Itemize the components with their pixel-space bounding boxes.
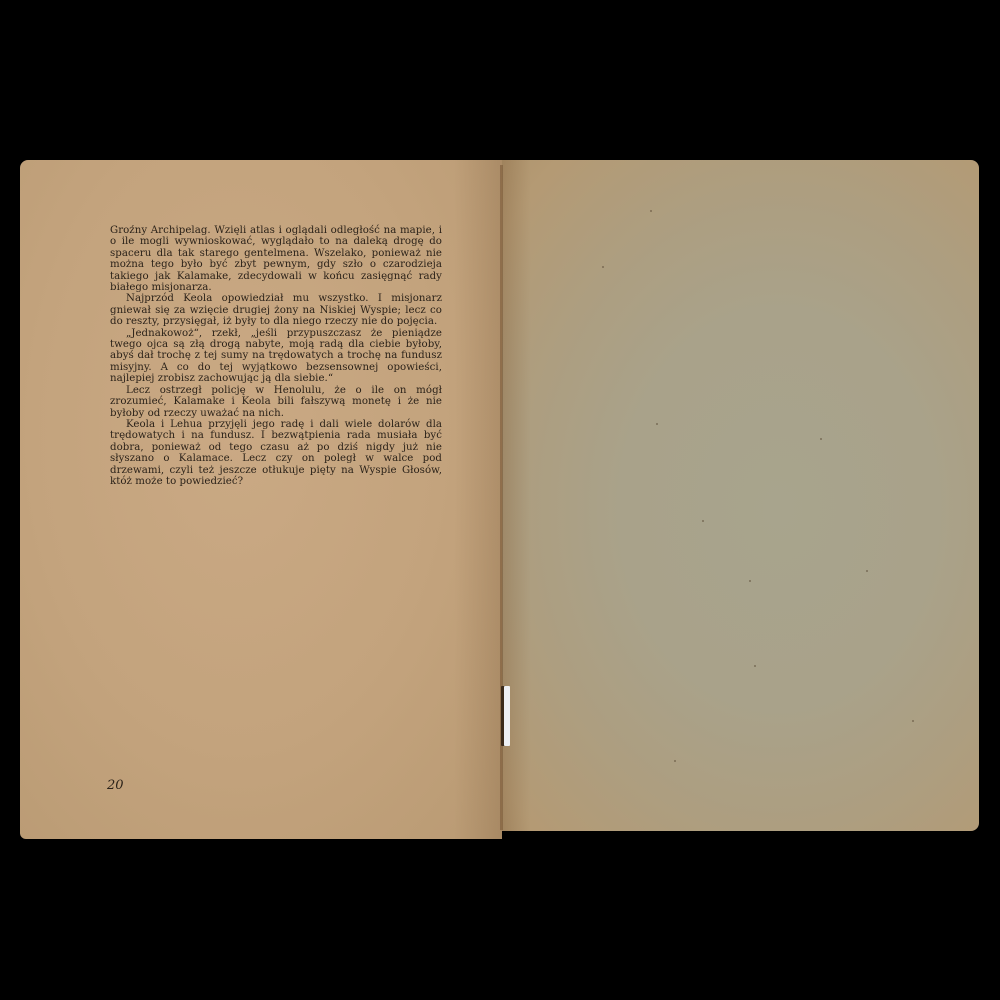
paper-speck <box>749 580 751 582</box>
page-number: 20 <box>107 778 124 793</box>
paper-speck <box>650 210 652 212</box>
paragraph-4: Lecz ostrzegł policję w Henolulu, że o i… <box>110 385 442 419</box>
paragraph-5: Keola i Lehua przyjęli jego radę i dali … <box>110 419 442 487</box>
right-page-blank <box>502 160 979 831</box>
paragraph-3: „Jednakowoż“, rzekł, „jeśli przypuszczas… <box>110 328 442 385</box>
paper-speck <box>866 570 868 572</box>
binding-staple <box>504 686 510 746</box>
paper-speck <box>674 760 676 762</box>
paper-speck <box>754 665 756 667</box>
page-text: Groźny Archipelag. Wzięli atlas i ogląda… <box>110 225 442 487</box>
paper-speck <box>602 266 604 268</box>
paper-speck <box>656 423 658 425</box>
paper-speck <box>702 520 704 522</box>
book-gutter <box>500 165 503 830</box>
paper-speck <box>912 720 914 722</box>
paragraph-2: Najprzód Keola opowiedział mu wszystko. … <box>110 293 442 327</box>
left-page: Groźny Archipelag. Wzięli atlas i ogląda… <box>20 160 502 839</box>
paragraph-1: Groźny Archipelag. Wzięli atlas i ogląda… <box>110 225 442 293</box>
paper-speck <box>820 438 822 440</box>
